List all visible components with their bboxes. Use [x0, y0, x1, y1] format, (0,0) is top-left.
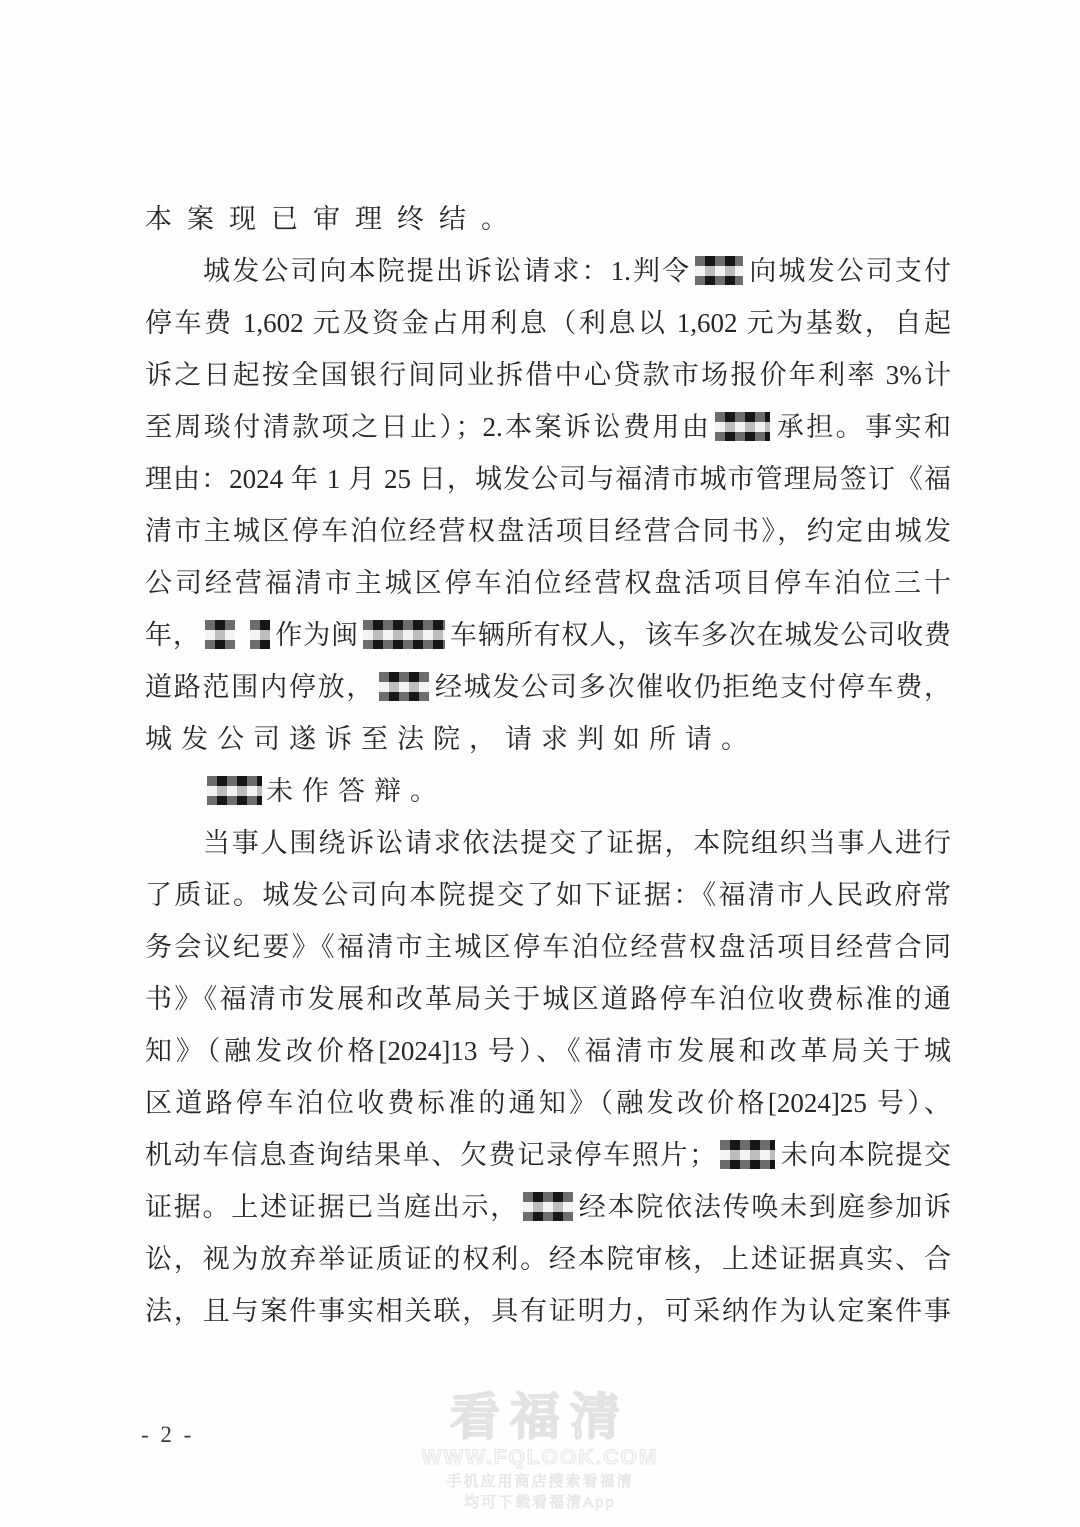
text-segment: 城发公司向本院提出诉讼请求：1.判令	[203, 256, 691, 286]
text-line: 了质证。城发公司向本院提交了如下证据：《福清市人民政府常	[145, 869, 951, 921]
text-line: 公司经营福清市主城区停车泊位经营权盘活项目停车泊位三十	[145, 557, 951, 609]
text-line: 理由：2024 年 1 月 25 日，城发公司与福清市城市管理局签订《福	[145, 453, 951, 505]
text-line: 务会议纪要》《福清市主城区停车泊位经营权盘活项目经营合同	[145, 921, 951, 973]
text-line: 道路范围内停放，经城发公司多次催收仍拒绝支付停车费，	[145, 661, 951, 713]
text-segment: 书》《福清市发展和改革局关于城区道路停车泊位收费标准的通	[145, 984, 951, 1014]
text-segment: 区道路停车泊位收费标准的通知》（融发改价格[2024]25 号）、	[145, 1088, 951, 1118]
text-line: 年， 作为闽车辆所有权人，该车多次在城发公司收费	[145, 609, 951, 661]
text-segment: 承担。事实和	[774, 412, 951, 442]
text-line: 城发公司遂诉至法院，请求判如所请。	[145, 713, 951, 765]
text-line: 法，且与案件事实相关联，具有证明力，可采纳作为认定案件事	[145, 1285, 951, 1337]
redaction-block	[205, 620, 235, 649]
text-segment: 清市主城区停车泊位经营权盘活项目经营合同书》，约定由城发	[145, 516, 951, 546]
text-line: 书》《福清市发展和改革局关于城区道路停车泊位收费标准的通	[145, 973, 951, 1025]
text-line: 区道路停车泊位收费标准的通知》（融发改价格[2024]25 号）、	[145, 1077, 951, 1129]
redaction-block	[715, 412, 770, 441]
document-body: 本案现已审理终结。城发公司向本院提出诉讼请求：1.判令向城发公司支付停车费 1,…	[145, 193, 951, 1337]
text-segment: 经城发公司多次催收仍拒绝支付停车费，	[433, 672, 951, 702]
text-segment: 道路范围内停放，	[145, 672, 375, 702]
text-line: 至周琰付清款项之日止）；2.本案诉讼费用由承担。事实和	[145, 401, 951, 453]
redaction-block	[523, 1192, 573, 1221]
text-segment: 讼，视为放弃举证质证的权利。经本院审核，上述证据真实、合	[145, 1244, 951, 1274]
redaction-block	[695, 256, 743, 285]
text-segment: 未向本院提交	[779, 1140, 951, 1170]
text-segment: 证据。上述证据已当庭出示，	[145, 1192, 519, 1222]
text-segment: 知》（融发改价格[2024]13 号）、《福清市发展和改革局关于城	[145, 1036, 951, 1066]
text-segment: 当事人围绕诉讼请求依法提交了证据，本院组织当事人进行	[203, 828, 951, 858]
page-number: - 2 -	[141, 1422, 194, 1448]
text-line: 讼，视为放弃举证质证的权利。经本院审核，上述证据真实、合	[145, 1233, 951, 1285]
text-line: 诉之日起按全国银行间同业拆借中心贷款市场报价年利率 3%计	[145, 349, 951, 401]
text-line: 清市主城区停车泊位经营权盘活项目经营合同书》，约定由城发	[145, 505, 951, 557]
text-segment: 经本院依法传唤未到庭参加诉	[577, 1192, 951, 1222]
text-segment: 向城发公司支付	[747, 256, 951, 286]
text-line: 当事人围绕诉讼请求依法提交了证据，本院组织当事人进行	[145, 817, 951, 869]
text-segment: 车辆所有权人，该车多次在城发公司收费	[449, 620, 951, 650]
text-segment	[239, 620, 247, 650]
scanned-court-document-page: 本案现已审理终结。城发公司向本院提出诉讼请求：1.判令向城发公司支付停车费 1,…	[0, 0, 1080, 1527]
text-segment: 本案现已审理终结。	[145, 204, 523, 234]
text-segment: 至周琰付清款项之日止）；2.本案诉讼费用由	[145, 412, 711, 442]
text-segment: 停车费 1,602 元及资金占用利息（利息以 1,602 元为基数，自起	[145, 308, 951, 338]
redaction-block	[379, 672, 429, 701]
redaction-block	[207, 776, 262, 805]
text-segment: 法，且与案件事实相关联，具有证明力，可采纳作为认定案件事	[145, 1296, 951, 1326]
text-line: 证据。上述证据已当庭出示，经本院依法传唤未到庭参加诉	[145, 1181, 951, 1233]
text-line: 城发公司向本院提出诉讼请求：1.判令向城发公司支付	[145, 245, 951, 297]
watermark-url: WWW.FQLOOK.COM	[0, 1446, 1080, 1470]
text-segment: 城发公司遂诉至法院，请求判如所请。	[145, 724, 757, 754]
text-segment: 理由：2024 年 1 月 25 日，城发公司与福清市城市管理局签订《福	[145, 464, 951, 494]
redaction-block	[363, 620, 445, 649]
redaction-block	[250, 620, 270, 649]
watermark-note-1: 手机应用商店搜索看福清	[0, 1474, 1080, 1491]
watermark: 看福清 WWW.FQLOOK.COM 手机应用商店搜索看福清 均可下载看福清Ap…	[0, 1390, 1080, 1511]
text-segment: 作为闽	[274, 620, 359, 650]
text-segment: 诉之日起按全国银行间同业拆借中心贷款市场报价年利率 3%计	[145, 360, 951, 390]
text-line: 本案现已审理终结。	[145, 193, 951, 245]
text-segment: 年，	[145, 620, 201, 650]
text-segment: 未作答辩。	[266, 776, 446, 806]
text-segment: 公司经营福清市主城区停车泊位经营权盘活项目停车泊位三十	[145, 568, 951, 598]
text-line: 停车费 1,602 元及资金占用利息（利息以 1,602 元为基数，自起	[145, 297, 951, 349]
text-line: 知》（融发改价格[2024]13 号）、《福清市发展和改革局关于城	[145, 1025, 951, 1077]
text-line: 机动车信息查询结果单、欠费记录停车照片；未向本院提交	[145, 1129, 951, 1181]
redaction-block	[720, 1140, 775, 1169]
watermark-note-2: 均可下载看福清App	[0, 1495, 1080, 1512]
text-segment: 机动车信息查询结果单、欠费记录停车照片；	[145, 1140, 716, 1170]
text-segment: 务会议纪要》《福清市主城区停车泊位经营权盘活项目经营合同	[145, 932, 951, 962]
text-segment: 了质证。城发公司向本院提交了如下证据：《福清市人民政府常	[145, 880, 951, 910]
text-line: 未作答辩。	[145, 765, 951, 817]
